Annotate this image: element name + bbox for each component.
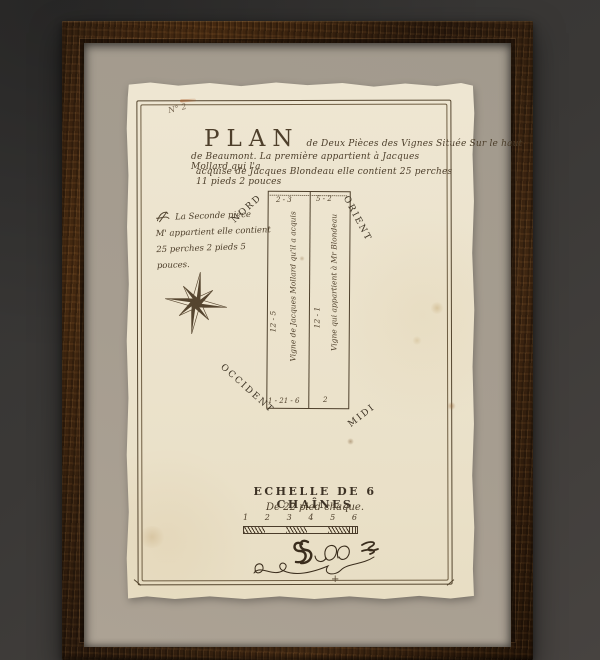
parcel-right-bottom-dim: 2 bbox=[323, 396, 327, 404]
framed-artwork-photo: + N° 2 PLAN de Deux Pièces des Vignes Si… bbox=[0, 0, 600, 660]
compass-star-icon bbox=[159, 266, 234, 341]
second-parcel-note: La Seconde pièce M' appartient elle cont… bbox=[155, 206, 282, 274]
foxing-stain bbox=[447, 402, 456, 410]
scale-tick: 4 bbox=[308, 513, 313, 522]
scale-tick: 5 bbox=[330, 513, 335, 522]
scale-segment bbox=[286, 527, 307, 533]
plan-title-row: PLAN de Deux Pièces des Vignes Située Su… bbox=[204, 126, 523, 152]
scale-segment bbox=[244, 527, 265, 533]
parcel-left-bottom-dim: 1 - 21 - 6 bbox=[268, 397, 299, 405]
plan-title-line3: acquise de Jacques Blondeau elle contien… bbox=[196, 167, 458, 187]
foxing-stain bbox=[347, 438, 354, 445]
scale-segment bbox=[265, 527, 286, 533]
scale-tick: 1 bbox=[243, 513, 248, 522]
foxing-stain bbox=[412, 336, 422, 345]
surveyor-signature-flourish bbox=[246, 535, 386, 581]
scale-segment bbox=[307, 527, 328, 533]
plan-title-word: PLAN bbox=[204, 126, 299, 152]
scale-tick: 2 bbox=[265, 513, 270, 522]
parcel-left-top-dim: 2 - 3 bbox=[276, 196, 292, 204]
parcel-left-side-dim: 12 - 5 bbox=[269, 302, 278, 342]
scale-tick-numbers: 1 2 3 4 5 6 bbox=[243, 513, 357, 522]
parcel-divider-line bbox=[308, 192, 311, 408]
scale-tick: 6 bbox=[352, 513, 357, 522]
parcel-right-top-dim: 5 - 2 bbox=[316, 195, 332, 203]
plan-title-rest: de Deux Pièces des Vignes Située Sur le … bbox=[306, 139, 522, 149]
scale-tick: 3 bbox=[287, 513, 292, 522]
scale-subheading: De 22 pied chaque. bbox=[250, 502, 380, 513]
paraph-flourish-icon bbox=[155, 210, 171, 225]
foxing-stain bbox=[138, 526, 166, 548]
foxing-stain bbox=[430, 302, 444, 314]
parcel-left-label: Vigne de Jacques Mollard qu'il a acquis bbox=[289, 212, 298, 362]
scale-segment-subdivided bbox=[349, 527, 357, 533]
parcel-right-side-dim: 12 - 1 bbox=[313, 298, 322, 338]
scale-segment bbox=[328, 527, 349, 533]
scale-bar bbox=[243, 526, 358, 534]
parcel-right-label: Vigne qui appartient à Mr Blondeau bbox=[330, 208, 339, 358]
